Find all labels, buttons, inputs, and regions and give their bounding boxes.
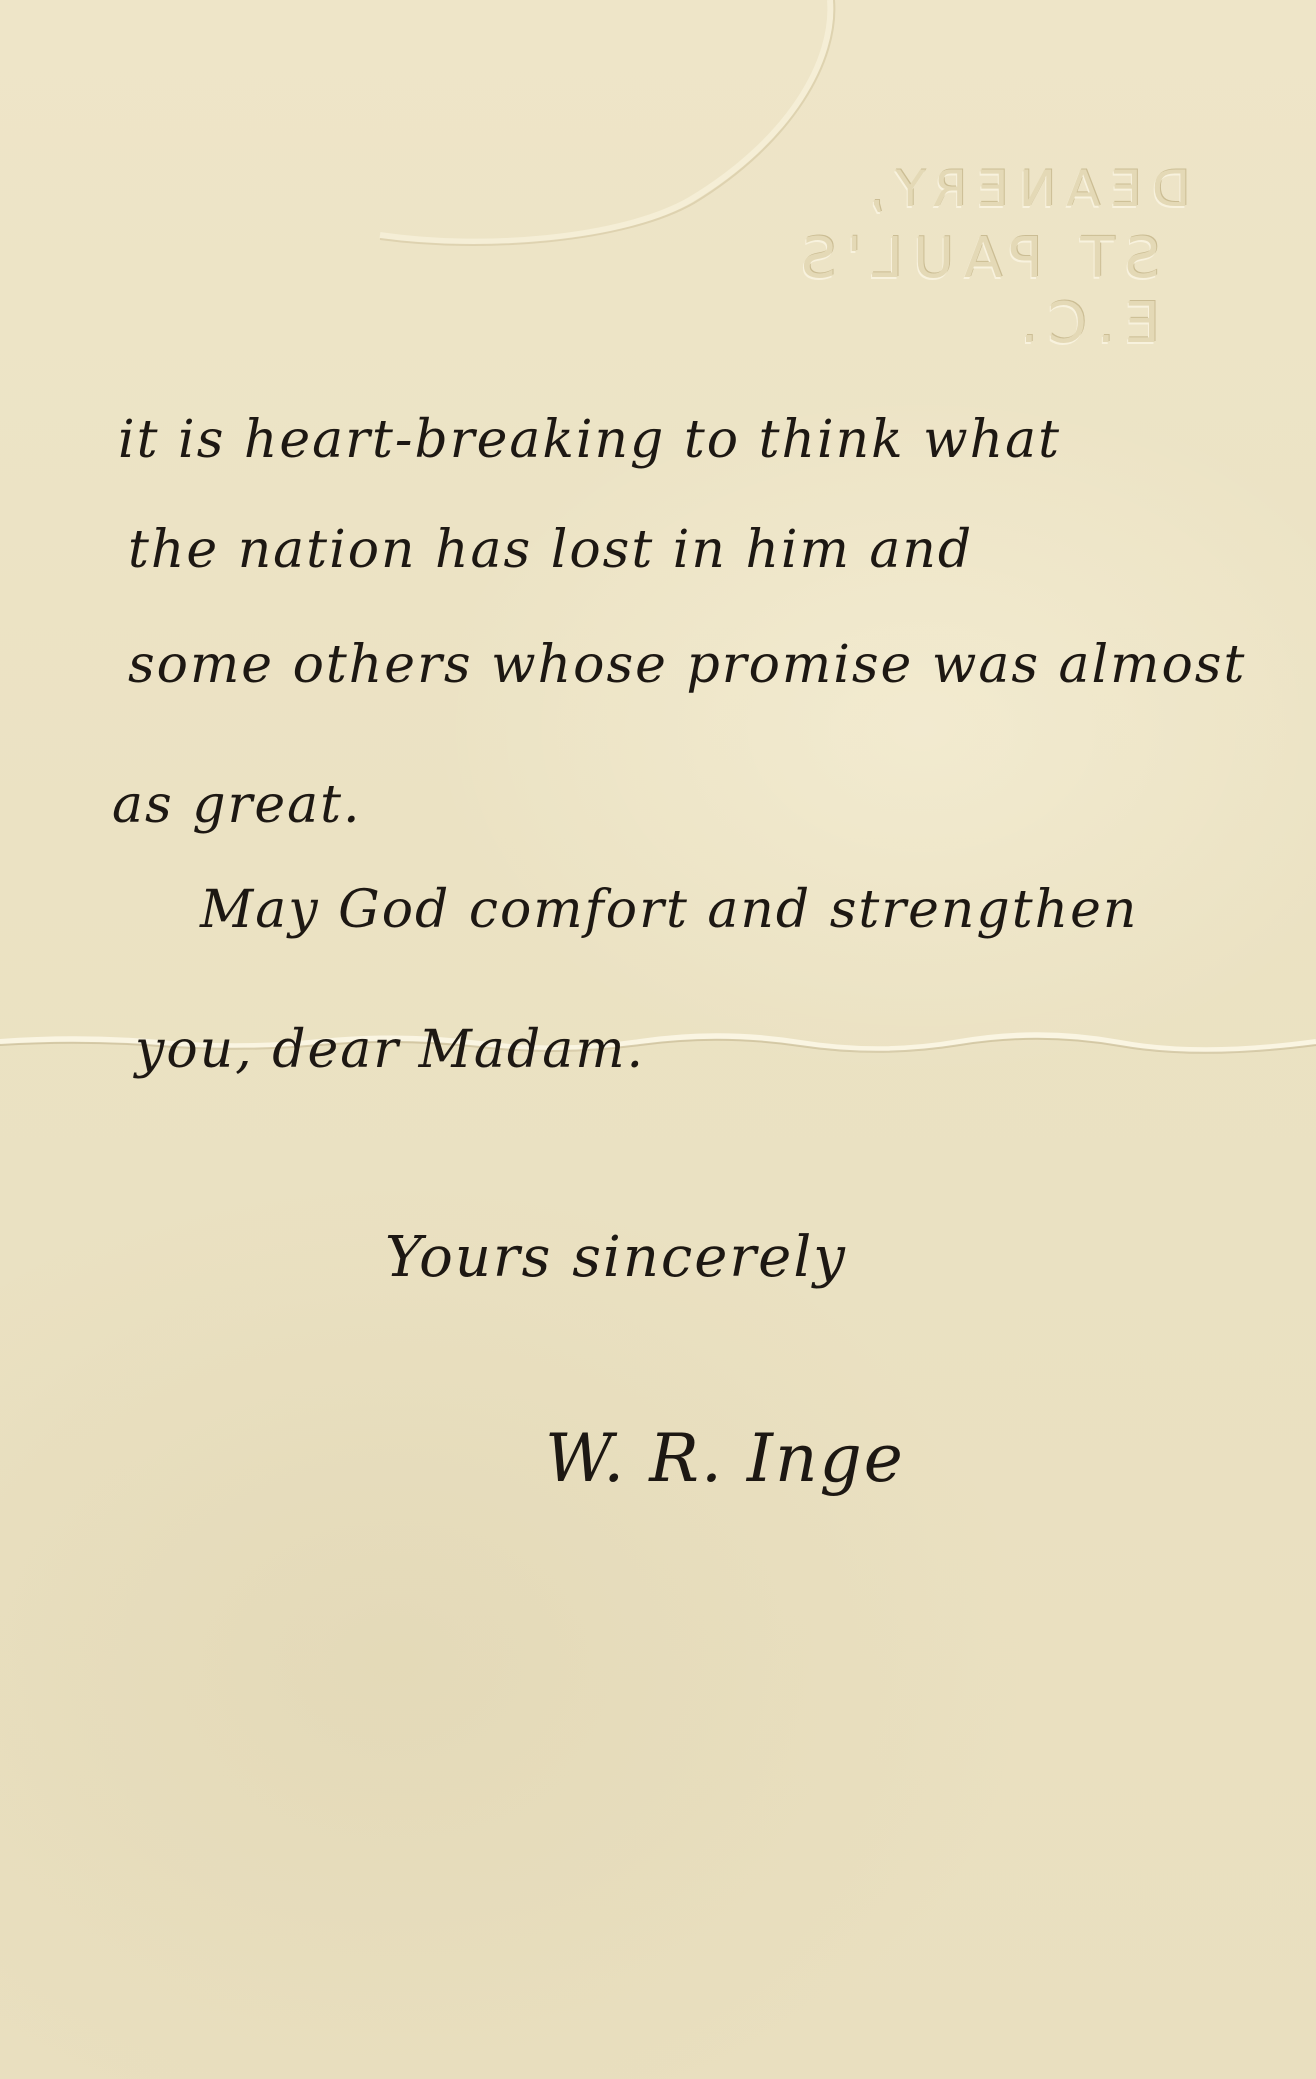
letterhead-line-1: DEANERY, [859, 160, 1190, 218]
letter-page: DEANERY, ST PAUL'S E.C. it is heart-brea… [0, 0, 1316, 2079]
embossed-letterhead: DEANERY, ST PAUL'S E.C. [640, 160, 1220, 300]
body-line: May God comfort and strengthen [200, 880, 1138, 940]
signature: W. R. Inge [545, 1420, 905, 1497]
body-line: the nation has lost in him and [128, 520, 973, 580]
body-line: some others whose promise was almost [128, 635, 1246, 695]
body-line: you, dear Madam. [135, 1020, 645, 1080]
body-line: it is heart-breaking to think what [118, 410, 1061, 470]
closing: Yours sincerely [385, 1225, 847, 1290]
letterhead-line-2: ST PAUL'S E.C. [640, 226, 1160, 356]
body-line: as great. [112, 775, 362, 835]
